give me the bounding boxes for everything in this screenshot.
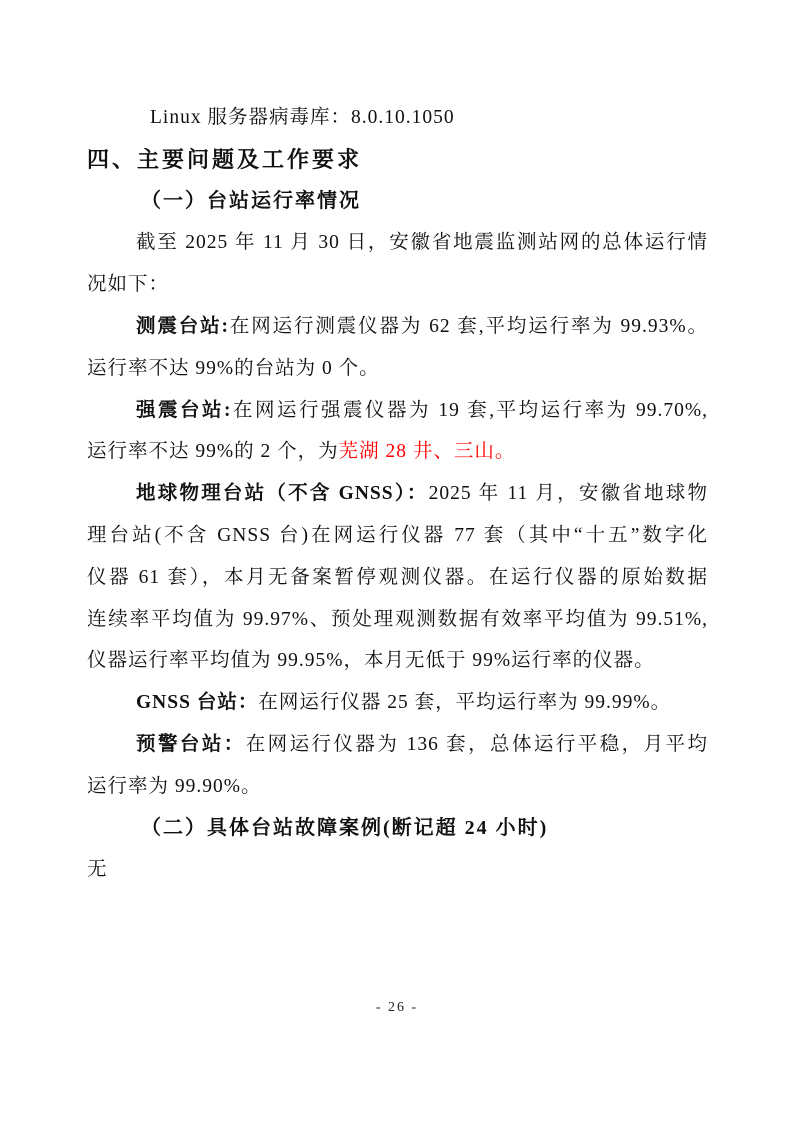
text-run: 仪器 61 套），本月无备案暂停观测仪器。在运行仪器的原始数据: [87, 567, 708, 588]
text-line: 理台站(不含 GNSS 台)在网运行仪器 77 套（其中“十五”数字化: [87, 515, 708, 557]
text-line: 连续率平均值为 99.97%、预处理观测数据有效率平均值为 99.51%,: [87, 599, 708, 641]
text-line: 预警台站：在网运行仪器为 136 套，总体运行平稳，月平均: [87, 724, 708, 766]
text-run: 运行率不达 99%的 2 个，为: [87, 441, 339, 462]
text-run: 运行率为 99.90%。: [87, 776, 262, 797]
text-run: 在网运行仪器 25 套，平均运行率为 99.99%。: [258, 692, 671, 713]
text-run: 连续率平均值为 99.97%、预处理观测数据有效率平均值为 99.51%,: [87, 609, 708, 630]
text-line: 仪器运行率平均值为 99.95%，本月无低于 99%运行率的仪器。: [87, 640, 708, 682]
bold-lead-run: GNSS 台站：: [136, 692, 258, 713]
text-run: （一）台站运行率情况: [141, 190, 361, 212]
document-content: Linux 服务器病毒库：8.0.10.1050四、主要问题及工作要求（一）台站…: [87, 97, 708, 891]
red-highlight-run: 芜湖 28 井、三山。: [339, 441, 516, 462]
document-page: Linux 服务器病毒库：8.0.10.1050四、主要问题及工作要求（一）台站…: [0, 0, 794, 1122]
text-run: （二）具体台站故障案例(断记超 24 小时): [141, 817, 548, 839]
text-line: 无: [87, 849, 708, 891]
text-line: 测震台站:在网运行测震仪器为 62 套,平均运行率为 99.93%。: [87, 306, 708, 348]
text-line: 运行率为 99.90%。: [87, 766, 708, 808]
text-line: 运行率不达 99%的台站为 0 个。: [87, 348, 708, 390]
text-run: 2025 年 11 月，安徽省地球物: [429, 483, 708, 504]
bold-lead-run: 强震台站:: [136, 400, 232, 421]
text-run: Linux 服务器病毒库：8.0.10.1050: [150, 107, 455, 128]
bold-lead-run: 预警台站：: [136, 734, 246, 755]
text-run: 四、主要问题及工作要求: [87, 147, 362, 172]
text-run: 在网运行测震仪器为 62 套,平均运行率为 99.93%。: [229, 316, 708, 337]
heading-sub: （二）具体台站故障案例(断记超 24 小时): [87, 808, 708, 850]
text-line: 地球物理台站（不含 GNSS）：2025 年 11 月，安徽省地球物: [87, 473, 708, 515]
text-line: 况如下：: [87, 264, 708, 306]
bold-lead-run: 测震台站:: [136, 316, 229, 337]
heading-sub: （一）台站运行率情况: [87, 181, 708, 223]
heading-main: 四、主要问题及工作要求: [87, 139, 708, 181]
page-footer: - 26 -: [0, 1000, 794, 1016]
page-number: - 26 -: [376, 1000, 418, 1015]
text-line: Linux 服务器病毒库：8.0.10.1050: [87, 97, 708, 139]
text-run: 况如下：: [87, 274, 169, 295]
text-run: 在网运行仪器为 136 套，总体运行平稳，月平均: [246, 734, 708, 755]
text-run: 截至 2025 年 11 月 30 日，安徽省地震监测站网的总体运行情: [136, 232, 708, 253]
text-line: 仪器 61 套），本月无备案暂停观测仪器。在运行仪器的原始数据: [87, 557, 708, 599]
text-run: 理台站(不含 GNSS 台)在网运行仪器 77 套（其中“十五”数字化: [87, 525, 708, 546]
text-run: 仪器运行率平均值为 99.95%，本月无低于 99%运行率的仪器。: [87, 650, 655, 671]
text-line: 截至 2025 年 11 月 30 日，安徽省地震监测站网的总体运行情: [87, 222, 708, 264]
text-run: 无: [87, 859, 108, 880]
text-run: 运行率不达 99%的台站为 0 个。: [87, 358, 380, 379]
text-line: GNSS 台站：在网运行仪器 25 套，平均运行率为 99.99%。: [87, 682, 708, 724]
bold-lead-run: 地球物理台站（不含 GNSS）：: [136, 483, 429, 504]
text-run: 在网运行强震仪器为 19 套,平均运行率为 99.70%,: [232, 400, 709, 421]
text-line: 强震台站:在网运行强震仪器为 19 套,平均运行率为 99.70%,: [87, 390, 708, 432]
text-line: 运行率不达 99%的 2 个，为芜湖 28 井、三山。: [87, 431, 708, 473]
